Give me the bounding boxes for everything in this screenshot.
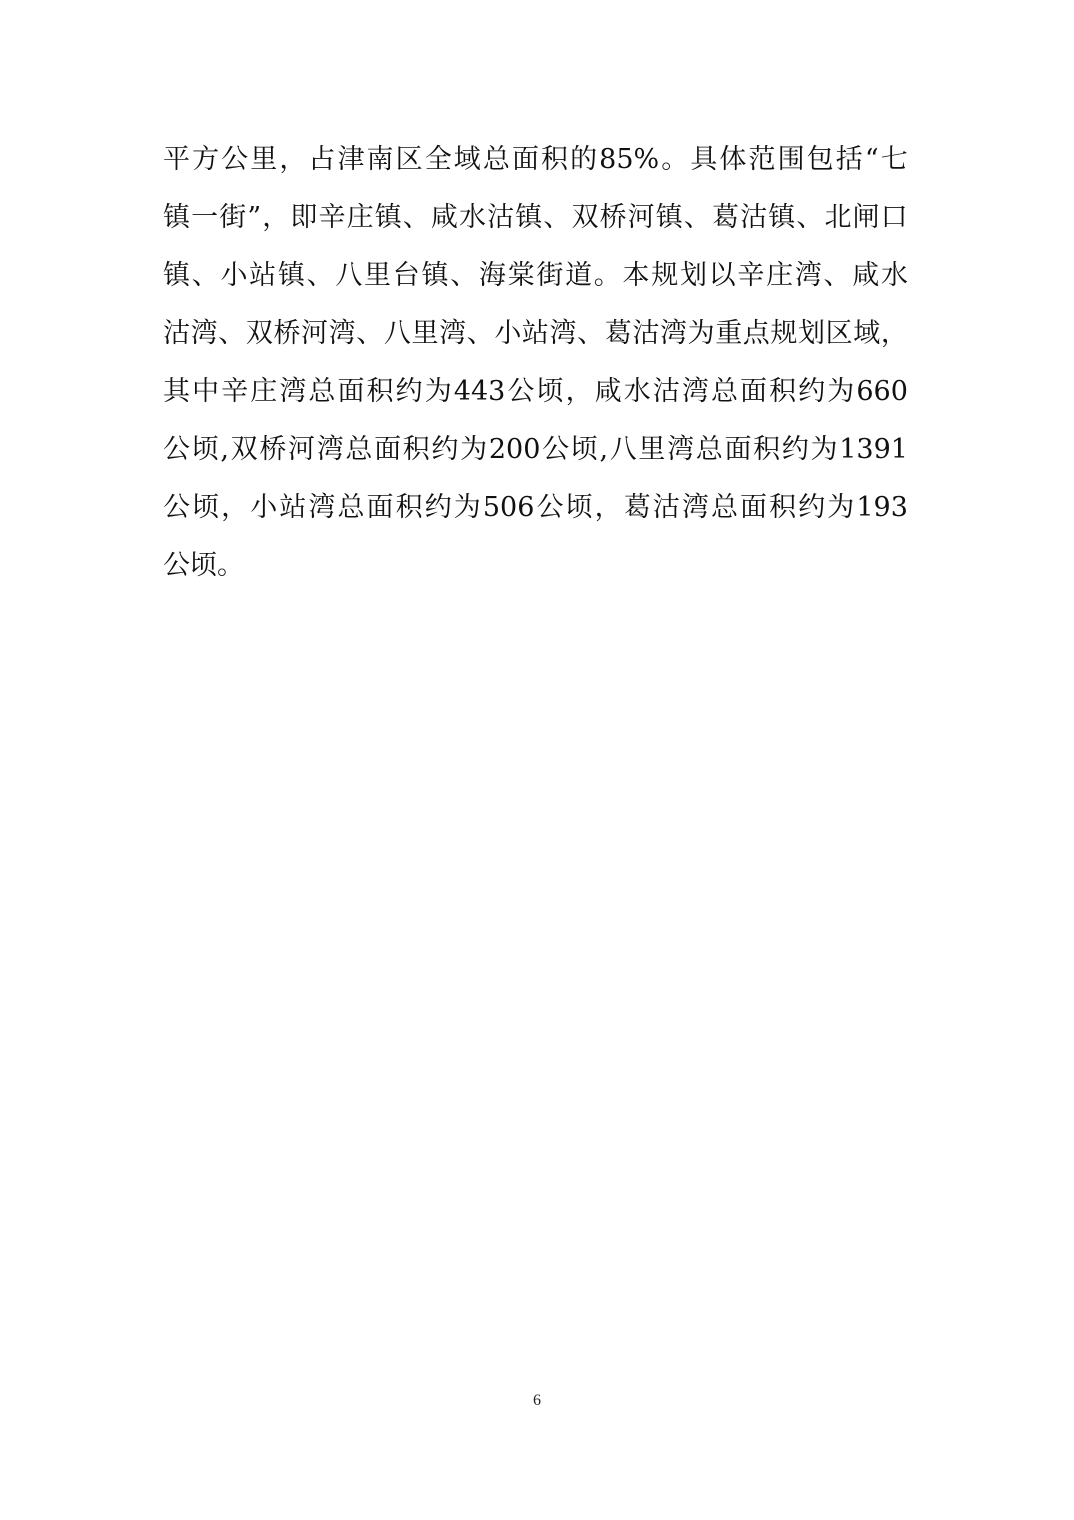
document-page: 平方公里，占津南区全域总面积的85%。具体范围包括“七 镇一街”，即辛庄镇、咸水…: [0, 0, 1074, 1520]
paragraph-line: 沽湾、双桥河湾、八里湾、小站湾、葛沽湾为重点规划区域，: [163, 314, 908, 372]
paragraph-line: 公顷，小站湾总面积约为506公顷，葛沽湾总面积约为193: [163, 488, 908, 546]
paragraph-line: 其中辛庄湾总面积约为443公顷，咸水沽湾总面积约为660: [163, 372, 908, 430]
body-paragraph: 平方公里，占津南区全域总面积的85%。具体范围包括“七 镇一街”，即辛庄镇、咸水…: [163, 140, 908, 604]
paragraph-line: 公顷,双桥河湾总面积约为200公顷,八里湾总面积约为1391: [163, 430, 908, 488]
paragraph-line: 平方公里，占津南区全域总面积的85%。具体范围包括“七: [163, 140, 908, 198]
paragraph-line-last: 公顷。: [163, 546, 908, 604]
paragraph-line: 镇、小站镇、八里台镇、海棠街道。本规划以辛庄湾、咸水: [163, 256, 908, 314]
paragraph-line: 镇一街”，即辛庄镇、咸水沽镇、双桥河镇、葛沽镇、北闸口: [163, 198, 908, 256]
page-number: 6: [0, 1392, 1074, 1410]
